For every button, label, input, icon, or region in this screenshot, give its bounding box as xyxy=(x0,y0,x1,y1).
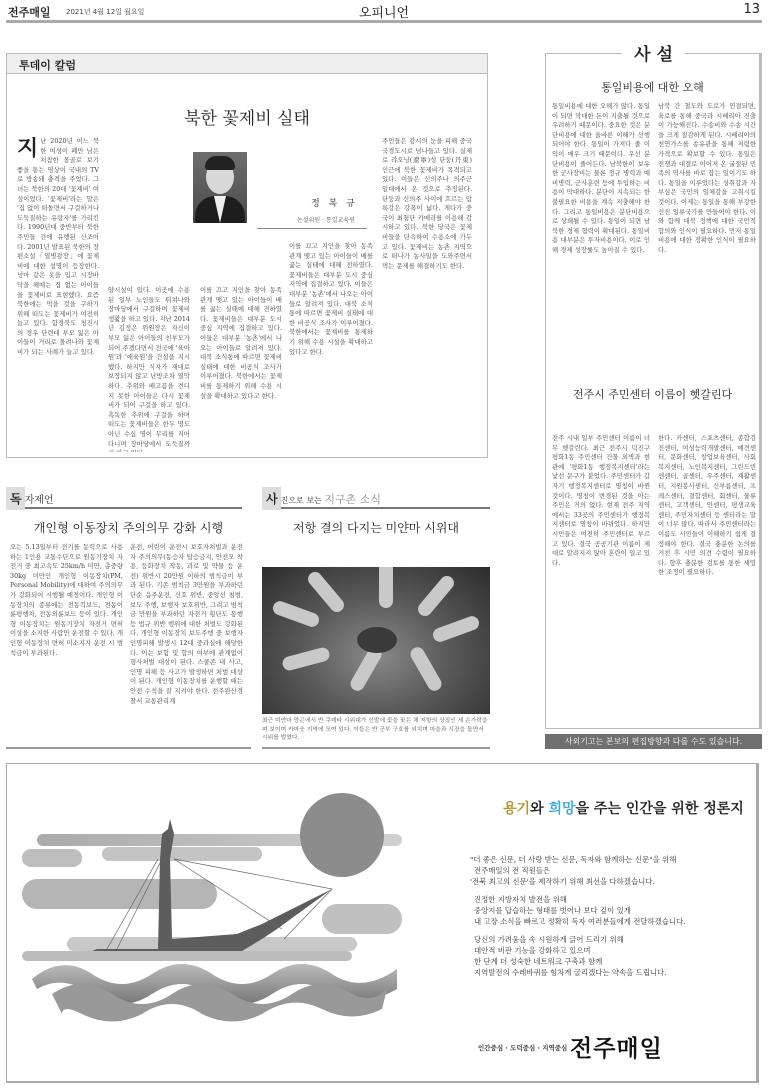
editorial-title-1: 통일비용에 대한 오해 xyxy=(546,79,759,95)
photo-news-label: 사진으로 보는 지구촌 소식 xyxy=(262,487,490,509)
today-column-text-3: 이를 끄고 지인을 찾아 동족 관계 맺고 있는 아이들이 배를 곪는 실태에 … xyxy=(200,286,282,452)
ad-slogan: 용기와 희망을 주는 인간을 위한 정론지 xyxy=(503,798,744,818)
section-title: 오피니언 xyxy=(8,2,760,21)
ad-tagline: 인간중심 · 도덕중심 · 지역중심 xyxy=(478,1043,567,1052)
page-number: 13 xyxy=(743,2,760,17)
today-column: 투데이 칼럼 북한 꽃제비 실태 지 난 2020년 어느 북한 여성이 폐만 … xyxy=(6,53,488,458)
ad-paragraph-3: 당신의 가려움을 속 시원하게 긁어 드리기 위해 대안적 비판 기능을 강화하… xyxy=(474,934,667,978)
masthead: 전주매일 2021년 4월 12일 월요일 오피니언 13 xyxy=(8,2,760,22)
protest-photo xyxy=(262,567,490,714)
today-column-label: 투데이 칼럼 xyxy=(7,54,487,74)
today-column-text-4: 이를 끄고 지인을 찾아 동족 관계 맺고 있는 아이들이 배를 곪는 실태에 … xyxy=(289,242,373,452)
editorial-2-text-1: 전주 시내 일부 주민센터 이름이 너무 헷갈린다. 최근 전주시 덕진구 평화… xyxy=(552,434,650,724)
author-divider xyxy=(257,228,367,229)
editorial-1-text-1: 통일비용에 대한 오해가 많다. 통일이 되면 막대한 돈이 지출될 것으로 우… xyxy=(552,102,650,422)
today-column-text-2: 양시설이 있다. 이곳에 수용된 일부 노인들도 뛰쳐나와 장마당에서 구걸하며… xyxy=(108,286,190,452)
editorial-2-text-2: 한다. 카센터, 스포츠센터, 종합검진센터, 여성능력개발센터, 예견센터, … xyxy=(658,434,756,724)
heading-gap xyxy=(545,52,605,53)
reader-column-title: 개인형 이동장치 주의의무 강화 시행 xyxy=(6,519,251,536)
editorial-1-text-2: 남북 간 철도와 도로가 연결되면, 육로를 통해 중국과 시베리아 진출이 가… xyxy=(658,102,756,422)
photo-caption: 최근 미얀마 양곤에서 반 쿠데타 시위대가 신발에 꽃을 꽂은 채 저항의 상… xyxy=(262,717,490,743)
author-portrait xyxy=(193,152,247,223)
ad-paragraph-1: "더 좋은 신문, 더 사랑 받는 신문, 독자와 함께하는 신문"을 위해 전… xyxy=(470,854,676,887)
ship-illustration xyxy=(22,789,402,1069)
ad-logo: 전주매일 xyxy=(570,1030,663,1063)
reader-column-text-2: 운전, 어린이 운전시 보호자처벌과 운전자 주의의무(동승자 탑승금지, 안전… xyxy=(130,543,243,743)
today-column-text-5: 주민들은 감시의 눈을 피해 중국 국경도시로 넘나들고 있다. 실제로 랴오닝… xyxy=(382,137,472,452)
editorial-title-2: 전주시 주민센터 이름이 헷갈린다 xyxy=(546,386,759,402)
reader-column-bottom-rule xyxy=(6,747,251,749)
reader-column-text-1: 오는 5.13일부터 전기를 동력으로 사용하는 1인용 교통수단으로 원동기장… xyxy=(10,543,123,743)
photo-news-bottom-rule xyxy=(262,747,490,749)
today-column-title: 북한 꽃제비 실태 xyxy=(7,104,487,129)
header-rule xyxy=(6,20,762,23)
author-name: 정 복 규 xyxy=(311,196,358,209)
editorial-box: 통일비용에 대한 오해 통일비용에 대한 오해가 많다. 통일이 되면 막대한 … xyxy=(545,53,762,729)
photo-news-title: 저항 결의 다지는 미얀마 시위대 xyxy=(262,519,490,536)
author-role: 논설위원 · 통일교육원 xyxy=(297,215,355,224)
dropcap: 지 xyxy=(17,137,38,159)
reader-column-label: 독자제언 xyxy=(6,487,242,509)
today-column-text-1: 지 난 2020년 어느 북한 여성이 폐만 남은 처참한 몰골로 보기좋을 통… xyxy=(17,137,99,452)
disclaimer-banner: 사외기고는 본보의 편집방향과 다를 수도 있습니다. xyxy=(545,734,762,749)
ad-paragraph-2: 진정한 지방자치 발전을 위해 중앙지를 답습하는 형태를 벗어나 보다 깊이 … xyxy=(474,894,686,927)
